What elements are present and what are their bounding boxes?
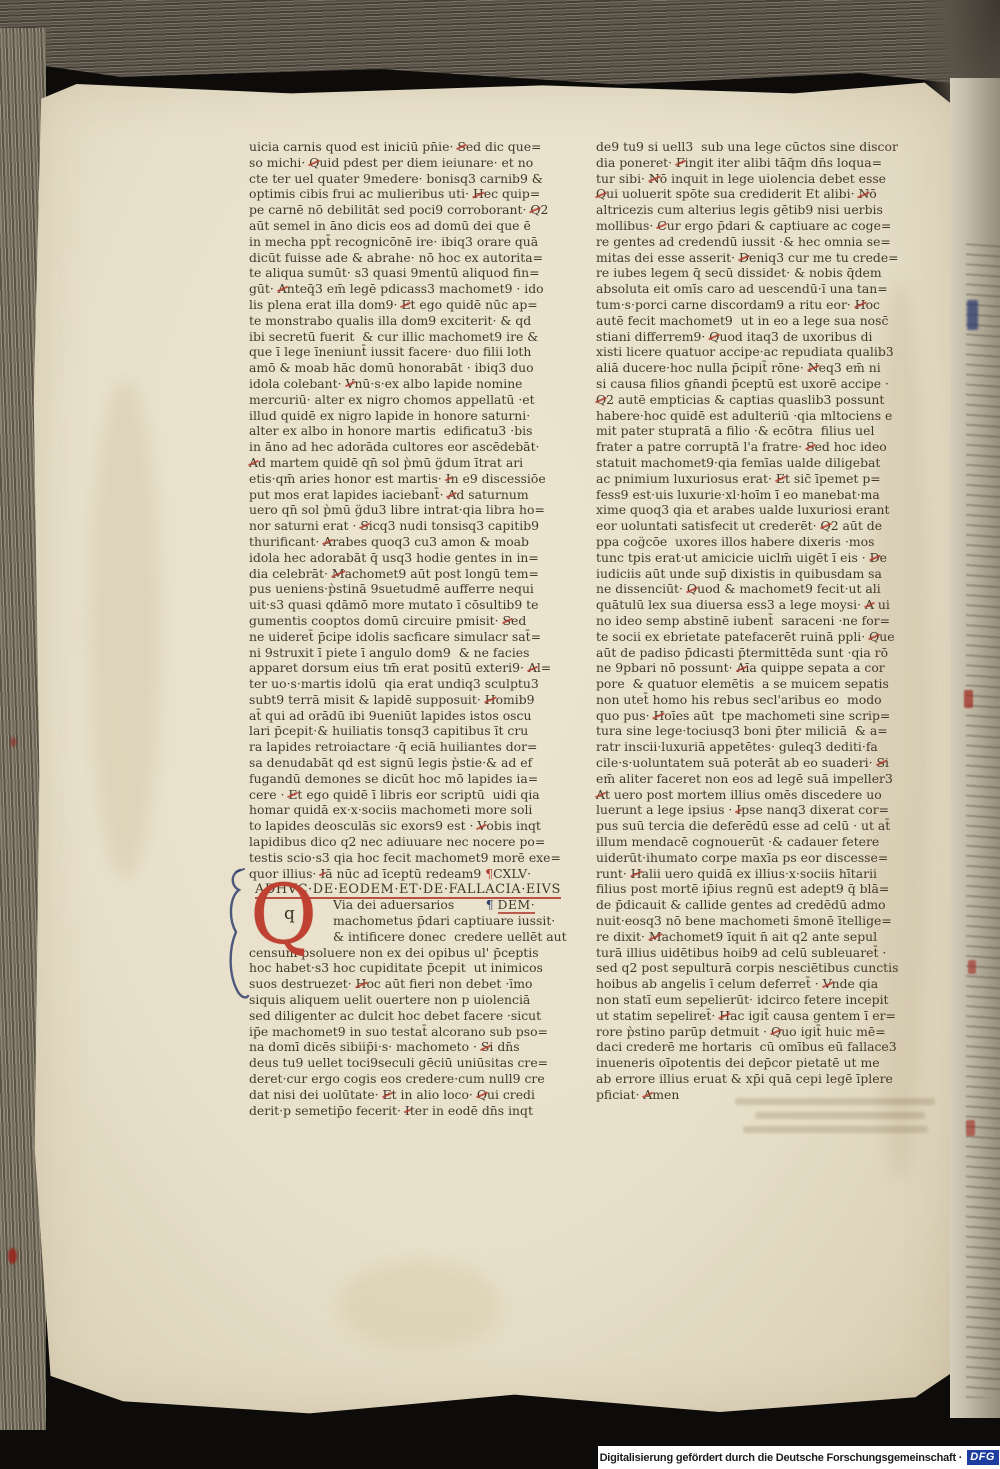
rubricated-capital: H (653, 708, 664, 724)
text-line: ppa cog̈cōe uxores illos habere dixeris … (596, 534, 926, 550)
text-line: idola colebant· Vnū·s·ex albo lapide nom… (249, 376, 579, 392)
text-line: ip̄e machomet9 in suo testat̄ alcorano s… (249, 1024, 579, 1040)
text-line: fugandū demones se dicūt hoc mō lapides … (249, 771, 579, 787)
text-line: quo pus· Hoīes aūt tpe machometi sine sc… (596, 708, 926, 724)
text-line: cere · Et ego quidē ī libris eor scriptū… (249, 787, 579, 803)
text-line: de p̄dicauit & callide gentes ad credēdū… (596, 897, 926, 913)
text-line: mollibus· Cur ergo p̄dari & captiuare ac… (596, 218, 926, 234)
rubricated-capital: N (808, 360, 819, 376)
text-line: lapidibus dico q2 nec adiuuare nec nocer… (249, 834, 579, 850)
text-line: deus tu9 uellet toci9seculi gēciū uniūsi… (249, 1055, 579, 1071)
text-line: pus suū tercia die deferēdū esse ad celū… (596, 818, 926, 834)
text-line: hoibus ab angelis ī celum deferret̄ · Vn… (596, 976, 926, 992)
text-line: filius post mortē ip̄ius regnū est adept… (596, 881, 926, 897)
text-line: testis scio·s3 qia hoc fecit machomet9 m… (249, 850, 579, 866)
text-line: fess9 est·uis luxurie·xl·hoīm ī eo maneb… (596, 487, 926, 503)
text-line: lis plena erat illa dom9· Et ego quidē n… (249, 297, 579, 313)
text-line: subt9 terrā misit & lapidē supposuit· Ho… (249, 692, 579, 708)
facing-page-red-mark (968, 960, 976, 974)
text-line: ra lapides retroiactare ·q̄ eciā huilian… (249, 739, 579, 755)
rubricated-capital: Q (596, 186, 606, 202)
text-line: lari p̄cepit·& huiliatis tonsq3 capitibu… (249, 723, 579, 739)
rubricated-capital: M (649, 929, 662, 945)
text-line: runt· Halii uero quidā ex illius·x·socii… (596, 866, 926, 882)
rubricated-capital: H (485, 692, 496, 708)
dfg-logo: DFG (967, 1450, 999, 1465)
text-line: re dixit· Machomet9 īquit n̄ ait q2 ante… (596, 929, 926, 945)
rubricated-capital: A (447, 487, 456, 503)
text-line: non statī eum sepelierūt· idcirco fetere… (596, 992, 926, 1008)
text-line: ratr inscii·luxuriā appetētes· guleq3 de… (596, 739, 926, 755)
rubricated-capital: F (676, 155, 685, 171)
text-line: pus ueniens·p̀stinā 9suetudmē aufferre n… (249, 581, 579, 597)
text-line: uit·s3 quasi qdāmō more mutato ī cōsulti… (249, 597, 579, 613)
rubricated-capital: E (288, 787, 297, 803)
rubricated-capital: I (446, 471, 451, 487)
text-line: nuit·eosq3 nō bene machometi s̄monē ītel… (596, 913, 926, 929)
fore-edge-red-mark (10, 737, 17, 747)
text-line: aūt de padiso p̄dicasti p̄termittēda sun… (596, 645, 926, 661)
text-line: aliā ducere·hoc nulla p̄cipit̄ rōne· Neq… (596, 360, 926, 376)
rubricated-capital: A (865, 597, 874, 613)
text-line: em̄ aliter faceret non eos ad legē suā i… (596, 771, 926, 787)
rubricated-capital: I (736, 802, 741, 818)
text-line: ne uideret̄ p̄cipe idolis sacficare simu… (249, 629, 579, 645)
rubricated-capital: A (249, 455, 258, 471)
rubricated-capital: D (739, 250, 749, 266)
text-line: Qui uoluerit spōte sua crediderit Et ali… (596, 186, 926, 202)
rubricated-capital: A (278, 281, 287, 297)
verso-show-through (735, 1098, 935, 1140)
text-line: te monstrabo qualis illa dom9 exciterit·… (249, 313, 579, 329)
text-line: tur sibi· Nō inquit in lege uiolencia de… (596, 171, 926, 187)
rubricated-capital: S (503, 613, 512, 629)
text-line: put mos erat lapides iaciebant̄· Ad satu… (249, 487, 579, 503)
text-line: statuit machomet9·qia femīas ualde dilig… (596, 455, 926, 471)
book-top-page-stack (0, 0, 1000, 96)
text-line: uiderūt·ihumato corpe maxīa ps eor disce… (596, 850, 926, 866)
text-line: Ad martem quidē qn̄ sol p̀mū g̈dum ītrat… (249, 455, 579, 471)
text-line: habere·hoc quidē est adulteriū ·qia mlto… (596, 408, 926, 424)
fore-edge-red-mark (8, 1248, 17, 1264)
text-line: cte ter uel quater 9medere· bonisq3 carn… (249, 171, 579, 187)
text-line: siquis aliquem uelit ouertere non p uiol… (249, 992, 579, 1008)
text-line: stiani differrem9· Quod itaq3 de uxoribu… (596, 329, 926, 345)
text-line: tura sine lege·tociusq3 boni p̄ter milic… (596, 723, 926, 739)
text-line: tum·s·porci carne discordam9 a ritu eor·… (596, 297, 926, 313)
text-line: daci crederē me hortaris cū omībus eū fa… (596, 1039, 926, 1055)
text-line: de9 tu9 si uell3 sub una lege cūctos sin… (596, 139, 926, 155)
rubricated-capital: H (719, 1008, 730, 1024)
text-line: mitas dei esse asserit· Deniq3 cur me tu… (596, 250, 926, 266)
rubricated-capital: A (643, 1087, 652, 1103)
rubricated-capital: Q (869, 629, 879, 645)
blue-flourish-icon (224, 866, 250, 1006)
text-line: in āno ad hec adorāda cultores eor ascēd… (249, 439, 579, 455)
rubricated-capital: Q (771, 1024, 781, 1040)
text-line: re iubes legem q̄ secū dissidet· & nobis… (596, 265, 926, 281)
text-line: amō & moab hāc domū honorabāt · ibiq3 du… (249, 360, 579, 376)
text-line: homar quidā ex·x·sociis machometi more s… (249, 802, 579, 818)
text-line: optimis cibis frui ac mulieribus uti· He… (249, 186, 579, 202)
rubricated-capital: H (356, 976, 367, 992)
text-line: Q2 autē empticias & captias quaslib3 pos… (596, 392, 926, 408)
text-line: mercuriū· alter ex nigro chomos appellat… (249, 392, 579, 408)
rubricated-capital: S (877, 755, 886, 771)
rubricated-capital: S (806, 439, 815, 455)
text-line: que ī lege īneniunt̄ iussit facere· duo … (249, 344, 579, 360)
text-line: turā illius uidētibus hoib9 ad celū subl… (596, 945, 926, 961)
text-line: te socii ex ebrietate patefacerēt ruinā … (596, 629, 926, 645)
rubricated-capital: Q (687, 581, 697, 597)
text-line: luerunt a lege ipsius · Ipse nanq3 dixer… (596, 802, 926, 818)
rubricated-capital: V (346, 376, 355, 392)
facing-page-red-mark (964, 690, 973, 708)
rubricated-capital: A (737, 660, 746, 676)
rubricated-capital: C (657, 218, 666, 234)
facing-page-blue-initial-fragment (967, 300, 978, 330)
text-line: derit·p semetip̄o fecerit· Iter in eodē … (249, 1103, 579, 1119)
rubricated-capital: Q (596, 392, 606, 408)
text-line: ne dissenciūt· Quod & machomet9 fecit·ut… (596, 581, 926, 597)
text-line: non utet̄ homo his rebus secl'aribus eo … (596, 692, 926, 708)
text-line: ni 9struxit ī piete ī angulo dom9 & ne f… (249, 645, 579, 661)
text-line: altricezis cum alterius legis gētib9 nis… (596, 202, 926, 218)
text-line: si causa filios gn̄andi p̄ceptū est uxor… (596, 376, 926, 392)
text-line: aūt semel in āno dicis eos ad domū dei q… (249, 218, 579, 234)
text-line: cile·s·uoluntatem suā poterāt ab eo suad… (596, 755, 926, 771)
rubricated-capital: E (776, 471, 785, 487)
text-line: pore & quatuor elemētis a se muicem sepa… (596, 676, 926, 692)
text-line: mit pater stupratā a filio ·& ecōtra fil… (596, 423, 926, 439)
text-line: iudiciis aūt unde sup̄ dixistis in quibu… (596, 566, 926, 582)
rubricated-capital: H (631, 866, 642, 882)
text-line: ut statim sepeliret̄· Hac igit̄ causa ge… (596, 1008, 926, 1024)
text-line: etis·qm̄ aries honor est martis· In e9 d… (249, 471, 579, 487)
text-line: dicūt fuisse ade & abrahe· nō hoc ex aut… (249, 250, 579, 266)
text-line: alter ex albo in honore martis edificatu… (249, 423, 579, 439)
facing-page-fore-edge (950, 78, 1000, 1418)
text-line: autē fecit machomet9 ut in eo a lege sua… (596, 313, 926, 329)
rubricated-capital: S (481, 1039, 490, 1055)
parchment-stain (340, 1260, 500, 1350)
rubricated-capital: D (870, 550, 880, 566)
rubricated-capital: A (323, 534, 332, 550)
facing-page-text-fragments (966, 238, 1000, 1398)
rubricated-capital: N (858, 186, 869, 202)
rubricated-capital: H (855, 297, 866, 313)
text-line: apparet dorsum eius tm̄ erat positū exte… (249, 660, 579, 676)
text-line: dat nisi dei uolūtate· Et in alio loco· … (249, 1087, 579, 1103)
text-line: sed diligenter ac dulcit hoc debet facer… (249, 1008, 579, 1024)
rubricated-capital: Q (530, 202, 540, 218)
rubricated-capital: I (405, 1103, 410, 1119)
text-line: so michi· Quid pdest per diem ieiunare· … (249, 155, 579, 171)
facing-page-red-mark (966, 1120, 975, 1136)
digitization-credit-text: Digitalisierung gefördert durch die Deut… (600, 1452, 963, 1464)
text-line: to lapides deosculās sic exors9 est · Vo… (249, 818, 579, 834)
rubricated-capital: Q (709, 329, 719, 345)
text-line: gūt· Anteq̄3 em̄ legē pdicass3 machomet9… (249, 281, 579, 297)
scanned-book-page: uicia carnis quod est iniciū pn̄ie· Sed … (0, 0, 1000, 1469)
text-line: xime quoq3 qia et arabes ualde luxuriosi… (596, 502, 926, 518)
text-line: dia celebrāt· Machomet9 aūt post longū t… (249, 566, 579, 582)
rubricated-capital: E (383, 1087, 392, 1103)
text-line: ac pnimium luxuriosus erat· Et sic̄ īpem… (596, 471, 926, 487)
text-line: uicia carnis quod est iniciū pn̄ie· Sed … (249, 139, 579, 155)
rubricated-capital: A (596, 787, 605, 803)
text-line: ne 9pbari nō possunt· Aīa quippe sepata … (596, 660, 926, 676)
text-line: no ideo semp abstinē iubent̄ saraceni ·n… (596, 613, 926, 629)
text-line: pe carnē nō debilitāt sed poci9 corrobor… (249, 202, 579, 218)
right-text-column: de9 tu9 si uell3 sub una lege cūctos sin… (596, 139, 926, 1103)
rubricated-capital: E (401, 297, 410, 313)
rubricated-initial: Q q (250, 882, 332, 978)
text-line: uero qn̄ sol p̀mū g̈du3 libre intrat·qia… (249, 502, 579, 518)
digitization-footer: Digitalisierung gefördert durch die Deut… (598, 1446, 1000, 1469)
text-line: xisti licere quatuor accipe·ac repudiata… (596, 344, 926, 360)
text-line: nor saturni erat · Sicq3 nudi tonsisq3 c… (249, 518, 579, 534)
text-line: at̄ qui ad orādū ibi 9ueniūt lapides ist… (249, 708, 579, 724)
rubricated-capital: S (457, 139, 466, 155)
text-line: quātulū lex sua diuersa ess3 a lege moys… (596, 597, 926, 613)
rubricated-capital: S (360, 518, 369, 534)
text-line: absoluta eit omīs caro ad uescendū·ī una… (596, 281, 926, 297)
text-line: illum mendacē cognouerūt ·& cadauer fete… (596, 834, 926, 850)
text-line: te aliqua sumūt· s3 quasi 9mentū aliquod… (249, 265, 579, 281)
rubricated-capital: Q (309, 155, 319, 171)
text-line: re gentes ad credendū iussit ·& hec omni… (596, 234, 926, 250)
text-line: sa denudabāt qd est signū legis p̀stie·&… (249, 755, 579, 771)
text-line: illud quidē ex nigro lapide in honore sa… (249, 408, 579, 424)
text-line: ab errore illius eruat & xp̄i quā cepi l… (596, 1071, 926, 1087)
text-line: deret·cur ergo cogis eos credere·cum nul… (249, 1071, 579, 1087)
rubricated-capital: M (332, 566, 345, 582)
text-line: in mecha ppt̄ recognicōnē ire· ibiq3 ora… (249, 234, 579, 250)
rubricated-capital: Q (821, 518, 831, 534)
guide-letter-q: q (284, 904, 295, 924)
text-line: ibi secretū fuerit & cur illic machomet9… (249, 329, 579, 345)
text-line: At uero post mortem illius omēs disceder… (596, 787, 926, 803)
text-line: idola hec adorabāt q̄ usq3 hodie gentes … (249, 550, 579, 566)
text-line: gumentis cooptos domū circuire pmisit· S… (249, 613, 579, 629)
text-line: thurificant· Arabes quoq3 cu3 amon & moa… (249, 534, 579, 550)
rubricated-capital: A (528, 660, 537, 676)
text-line: na domī dicēs sibiip̄i·s· machometo · Si… (249, 1039, 579, 1055)
rubricated-capital: N (649, 171, 660, 187)
rubricated-capital: V (477, 818, 486, 834)
text-line: ter uo·s·martis idolū qia erat undiq3 sc… (249, 676, 579, 692)
text-line: rore p̀stino parūp detmuit · Quo igit̄ h… (596, 1024, 926, 1040)
text-line: dia poneret· Fingit iter alibi tāq̄m dn̄… (596, 155, 926, 171)
text-line: inueneris oīpotentis dei dep̄cor pietatē… (596, 1055, 926, 1071)
text-line: tunc tpis erat·ut amicicie uiclm̄ uigēt … (596, 550, 926, 566)
text-line: suos destruezet· Hoc aūt fieri non debet… (249, 976, 579, 992)
rubricated-capital: V (823, 976, 832, 992)
rubricated-capital: Q (477, 1087, 487, 1103)
text-line: eor uoluntati satisfecit ut crederēt· Q2… (596, 518, 926, 534)
parchment-stain (90, 380, 160, 880)
text-line: frater a patre corruptā l'a fratre· Sed … (596, 439, 926, 455)
text-line: sed q2 post sepulturā corpis nesciētibus… (596, 960, 926, 976)
rubricated-capital: H (473, 186, 484, 202)
